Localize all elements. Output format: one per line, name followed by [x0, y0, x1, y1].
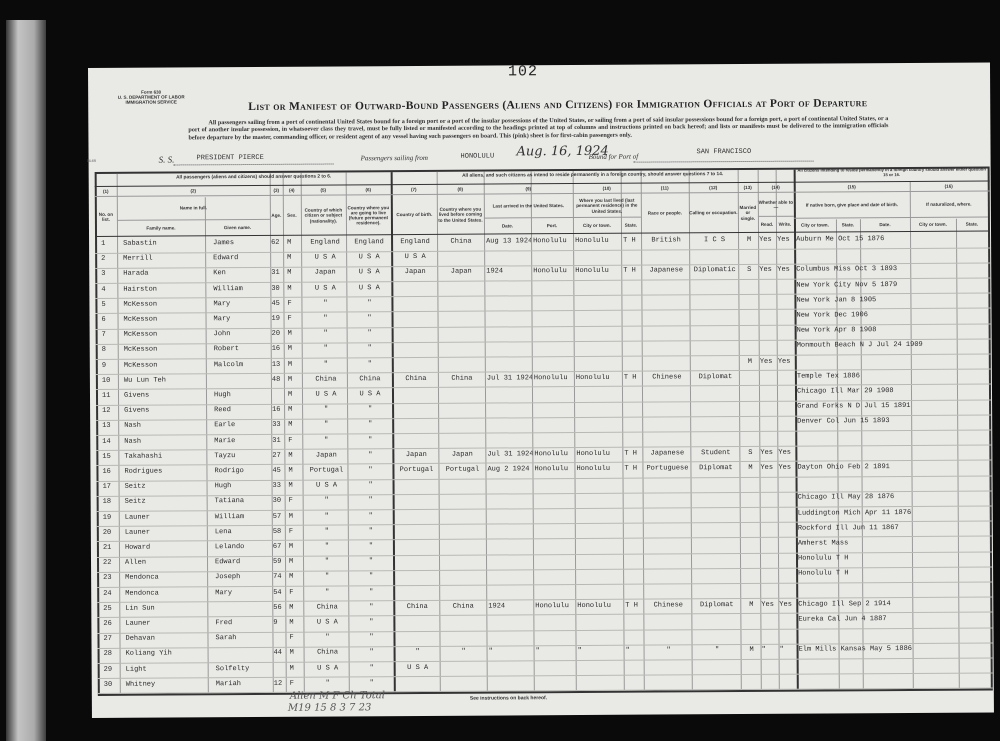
row-number: 15 [102, 453, 116, 461]
native-born-place-date: New York Apr 8 1908 [797, 326, 987, 335]
sex: M [289, 604, 301, 612]
header-arrival-date: Date. [484, 219, 531, 233]
row-number: 3 [101, 270, 115, 278]
bound-for-port: SAN FRANCISCO [697, 148, 752, 156]
given-name: Edward [213, 254, 269, 262]
native-born-place-date: Luddington Mich Apr 11 1876 [798, 508, 988, 517]
ship-name: PRESIDENT PIERCE [197, 154, 264, 162]
country-lived-before: China [439, 238, 483, 246]
instructions-paragraph: All passengers sailing from a port of co… [188, 115, 888, 141]
calling: " [694, 646, 741, 654]
row-number: 21 [103, 544, 117, 552]
voyage-info: 14-68 S. S. PRESIDENT PIERCE Passengers … [89, 150, 989, 167]
native-born-place-date: Dayton Ohio Feb 2 1891 [797, 463, 987, 472]
country-lived-before: " [442, 648, 486, 656]
row-number: 23 [103, 574, 117, 582]
nationality: " [306, 360, 346, 368]
married: M [741, 358, 759, 366]
sex: M [289, 619, 301, 627]
row-number: 14 [102, 437, 116, 445]
form-code: 14-68 [87, 158, 96, 163]
age: 54 [273, 588, 285, 596]
arrival-date: Jul 31 1924 [487, 450, 532, 458]
row-number: 18 [103, 498, 117, 506]
age: 45 [271, 300, 283, 308]
race: Chinese [644, 373, 690, 381]
native-born-place-date: Denver Col Jun 15 1893 [797, 417, 987, 426]
handwritten-tally-line2: M19 15 8 3 7 23 [288, 702, 371, 714]
country-of-birth: China [395, 375, 437, 383]
country-of-birth: Portugal [395, 466, 437, 474]
sex: M [288, 345, 300, 353]
married: S [741, 449, 759, 457]
given-name: John [214, 330, 270, 338]
given-name: Rodrigo [214, 467, 270, 475]
going-to-live: " [351, 603, 391, 611]
going-to-live: " [352, 664, 392, 672]
race: British [643, 236, 689, 244]
sex: F [289, 497, 301, 505]
last-lived-state: T H [623, 267, 641, 275]
header-write: Write. [776, 218, 794, 232]
native-born-place-date: Chicago Ill Sep 2 1914 [798, 599, 988, 608]
family-name: Nash [124, 422, 204, 430]
age: 44 [274, 649, 286, 657]
country-of-birth: England [394, 238, 436, 246]
nationality: Portugal [306, 466, 346, 474]
arrival-date: 1924 [486, 268, 531, 276]
last-lived-city: Honolulu [576, 465, 622, 473]
sex: M [288, 360, 300, 368]
given-name: Mary [215, 588, 271, 596]
race: Chinese [645, 601, 691, 609]
family-name: Mendonca [125, 589, 205, 597]
age: 58 [273, 528, 285, 536]
write: Yes [777, 236, 794, 244]
sex: M [289, 512, 301, 520]
header-given-name: Given name. [205, 221, 270, 235]
age: 33 [273, 482, 285, 490]
age: 16 [272, 406, 284, 414]
write: Yes [778, 357, 795, 365]
nationality: U S A [306, 390, 346, 398]
last-lived-city: Honolulu [577, 602, 623, 610]
row-number: 10 [102, 377, 116, 385]
group-heading-3: All citizens intending to reside permane… [795, 167, 989, 178]
race: Japanese [644, 449, 690, 457]
sex: M [289, 573, 301, 581]
last-lived-state: T H [624, 373, 642, 381]
native-born-place-date [798, 630, 988, 631]
sex: F [287, 300, 299, 308]
given-name: Tayzu [214, 452, 270, 460]
married: M [742, 601, 760, 609]
family-name: Launer [125, 528, 205, 536]
family-name: Nash [124, 437, 204, 445]
header-arrival-port: Port. [531, 219, 573, 233]
nationality: " [306, 314, 346, 322]
sex: M [289, 558, 301, 566]
last-lived-city: Honolulu [576, 374, 622, 382]
header-able-to: Whether able to— [758, 194, 794, 216]
row-number: 24 [103, 589, 117, 597]
family-name: Lin Sun [125, 604, 205, 612]
last-lived-city: Honolulu [575, 267, 621, 275]
row-number: 1 [101, 240, 115, 248]
given-name: Mariah [216, 680, 272, 688]
married: M [741, 464, 759, 472]
arrival-port: Honolulu [534, 374, 574, 382]
header-married: Married or single. [738, 194, 758, 232]
manifest-page: 102 Form 630 U. S. DEPARTMENT OF LABOR I… [88, 62, 994, 717]
native-born-place-date: New York Dec 1906 [797, 311, 987, 320]
sex: M [288, 421, 300, 429]
native-born-place-date [797, 432, 987, 433]
header-calling: Calling or occupation. [689, 194, 738, 232]
header-last-lived: Where you last lived (last permanent res… [573, 195, 641, 217]
age: 67 [273, 543, 285, 551]
family-name: Seitz [125, 498, 205, 506]
family-name: McKesson [124, 346, 204, 354]
nationality: China [308, 649, 348, 657]
country-lived-before: China [441, 602, 485, 610]
age: 19 [272, 315, 284, 323]
family-name: Light [126, 665, 206, 673]
header-native-born: If native born, give place and date of b… [794, 193, 910, 218]
row-number: 6 [102, 316, 116, 324]
last-lived-state: " [626, 647, 644, 655]
row-number: 19 [103, 513, 117, 521]
row-number: 2 [101, 255, 115, 263]
last-lived-state: T H [624, 449, 642, 457]
going-to-live: U S A [350, 390, 390, 398]
nationality: " [306, 406, 346, 414]
header-country-of-birth: Country of birth. [393, 196, 436, 234]
race: Portuguese [644, 464, 690, 472]
native-born-place-date: Grand Forks N D Jul 15 1891 [797, 402, 987, 411]
sex: M [288, 467, 300, 475]
going-to-live: " [351, 588, 391, 596]
nationality: England [305, 238, 345, 246]
family-name: Mendonca [125, 574, 205, 582]
going-to-live: " [351, 542, 391, 550]
age: 9 [273, 619, 285, 627]
read: Yes [760, 464, 777, 472]
family-name: Launer [125, 619, 205, 627]
arrival-port: Honolulu [534, 450, 574, 458]
going-to-live: " [350, 329, 390, 337]
nationality: " [306, 421, 346, 429]
family-name: Dehavan [125, 634, 205, 642]
row-number: 20 [103, 529, 117, 537]
write: " [780, 646, 797, 654]
going-to-live: " [351, 481, 391, 489]
sex: F [288, 315, 300, 323]
sex: M [290, 649, 302, 657]
given-name: Earle [214, 421, 270, 429]
arrival-date: 1924 [488, 602, 533, 610]
row-number: 28 [104, 650, 118, 658]
sex: M [287, 284, 299, 292]
given-name: Robert [214, 345, 270, 353]
header-nationality: Country of which citizen or subject (nat… [302, 196, 345, 234]
bound-for-line [634, 161, 814, 163]
country-of-birth: " [397, 648, 439, 656]
going-to-live: " [351, 573, 391, 581]
going-to-live: " [352, 679, 392, 687]
write: Yes [778, 448, 795, 456]
row-number: 25 [103, 605, 117, 613]
going-to-live: " [350, 466, 390, 474]
row-number: 7 [102, 331, 116, 339]
row-number: 30 [104, 681, 118, 689]
family-name: Sabastin [123, 239, 203, 247]
nationality: " [305, 299, 345, 307]
age: 48 [272, 376, 284, 384]
family-name: Givens [124, 406, 204, 414]
age: 30 [273, 497, 285, 505]
race: " [646, 647, 692, 655]
last-lived-city: Honolulu [575, 237, 621, 245]
row-number: 12 [102, 407, 116, 415]
calling: Student [692, 449, 739, 457]
age: 20 [272, 330, 284, 338]
arrival-date: Aug 13 1924 [486, 237, 531, 245]
going-to-live: " [351, 512, 391, 520]
native-born-place-date: Honolulu T H [798, 569, 988, 578]
native-born-place-date: Chicago Ill Mar 29 1908 [797, 387, 987, 396]
given-name: Joseph [215, 573, 271, 581]
sex: M [287, 239, 299, 247]
country-lived-before: Japan [439, 268, 483, 276]
country-of-birth: U S A [397, 663, 439, 671]
nationality: " [306, 345, 346, 353]
given-name: Mary [214, 315, 270, 323]
given-name: Malcolm [214, 360, 270, 368]
age: 30 [271, 284, 283, 292]
family-name: Allen [125, 558, 205, 566]
native-born-place-date: New York Jan 8 1905 [796, 295, 986, 304]
nationality: " [308, 679, 348, 687]
native-born-place-date: Eureka Cal Jun 4 1887 [798, 615, 988, 624]
native-born-place-date: Temple Tex 1886 [797, 371, 987, 380]
going-to-live: " [350, 451, 390, 459]
nationality: " [307, 634, 347, 642]
manifest-title: List or Manifest of Outward-Bound Passen… [248, 97, 867, 113]
sex: M [288, 452, 300, 460]
native-born-place-date: Elm Mills Kansas May 5 1886 [799, 645, 989, 654]
country-lived-before: Japan [440, 450, 484, 458]
family-name: Whitney [126, 680, 206, 688]
row-number: 17 [103, 483, 117, 491]
age: 33 [272, 421, 284, 429]
write: Yes [777, 266, 794, 274]
going-to-live: England [349, 238, 389, 246]
family-name: McKesson [124, 330, 204, 338]
family-name: Givens [124, 391, 204, 399]
nationality: China [306, 375, 346, 383]
last-lived-city: Honolulu [576, 450, 622, 458]
going-to-live: China [350, 375, 390, 383]
read: Yes [761, 601, 778, 609]
sex: F [289, 634, 301, 642]
age: 56 [273, 604, 285, 612]
nationality: " [307, 527, 347, 535]
nationality: U S A [307, 618, 347, 626]
going-to-live: U S A [349, 284, 389, 292]
married: M [743, 646, 761, 654]
read: " [762, 646, 779, 654]
age: 31 [271, 269, 283, 277]
nationality: " [307, 542, 347, 550]
read: Yes [759, 266, 776, 274]
native-born-place-date: Auburn Me Oct 15 1876 [796, 235, 986, 244]
group-heading-2: All aliens, and such citizens as intend … [393, 172, 793, 179]
family-name: McKesson [124, 315, 204, 323]
nationality: " [306, 436, 346, 444]
age: 16 [272, 345, 284, 353]
given-name: Tatiana [215, 497, 271, 505]
row-number: 13 [102, 422, 116, 430]
going-to-live: " [350, 421, 390, 429]
nationality: U S A [308, 664, 348, 672]
header-naturalized: If naturalized, where. [910, 193, 988, 217]
arrival-port: Honolulu [534, 465, 574, 473]
handwritten-tally-line1: Alien M F Ch Total [290, 690, 385, 702]
header-city: City or town. [573, 219, 621, 233]
row-number: 4 [101, 285, 115, 293]
last-lived-state: T H [623, 237, 641, 245]
going-to-live: " [350, 436, 390, 444]
read: Yes [759, 236, 776, 244]
native-born-place-date: Columbus Miss Oct 3 1893 [796, 265, 986, 274]
family-name: Takahashi [124, 452, 204, 460]
calling: I C S [691, 236, 738, 244]
arrival-port: Honolulu [533, 237, 573, 245]
sex: M [287, 269, 299, 277]
header-state: State. [621, 219, 641, 233]
country-lived-before: China [440, 374, 484, 382]
given-name: Hugh [215, 482, 271, 490]
read: Yes [760, 449, 777, 457]
sex: F [289, 528, 301, 536]
header-sex: Sex. [283, 197, 301, 235]
header-age: Age. [270, 197, 283, 235]
given-name: James [213, 239, 269, 247]
given-name: Reed [214, 406, 270, 414]
nationality: " [307, 497, 347, 505]
native-born-place-date [798, 584, 988, 585]
header-no-on-list: No. on list. [95, 198, 117, 236]
footer-note: See instructions on back hereof. [470, 695, 547, 701]
header-race: Race or people. [641, 194, 689, 232]
group-heading-1: All passengers (aliens and citizens) sho… [117, 174, 391, 181]
header-going-to-live: Country where you are going to live (fut… [347, 196, 390, 234]
going-to-live: " [350, 405, 390, 413]
going-to-live: " [351, 497, 391, 505]
family-name: Launer [125, 513, 205, 521]
age: 12 [274, 680, 286, 688]
given-name: Sarah [215, 634, 271, 642]
given-name: William [215, 512, 271, 520]
going-to-live: " [351, 618, 391, 626]
row-number: 11 [102, 392, 116, 400]
arrival-port: Honolulu [535, 602, 575, 610]
going-to-live: " [352, 649, 392, 657]
age: 31 [272, 436, 284, 444]
ss-line [174, 164, 334, 166]
age: 45 [272, 467, 284, 475]
age: 59 [273, 558, 285, 566]
arrival-date: Jul 31 1924 [487, 374, 532, 382]
given-name: Solfelty [216, 664, 272, 672]
country-of-birth: China [396, 603, 438, 611]
header-country-lived-before: Country where you lived before coming to… [438, 196, 483, 234]
age: 27 [272, 452, 284, 460]
page-number: 102 [508, 63, 538, 80]
last-lived-city: " [578, 647, 624, 655]
sex: M [288, 376, 300, 384]
arrival-date: Aug 2 1924 [487, 465, 532, 473]
nationality: " [307, 512, 347, 520]
nationality: " [307, 588, 347, 596]
nationality: China [307, 603, 347, 611]
going-to-live: " [349, 299, 389, 307]
native-born-place-date [796, 250, 986, 251]
row-number: 16 [102, 468, 116, 476]
passenger-table: All passengers (aliens and citizens) sho… [95, 166, 993, 695]
age: 57 [273, 512, 285, 520]
family-name: Hairston [123, 285, 203, 293]
family-name: Seitz [125, 482, 205, 490]
row-number: 29 [104, 665, 118, 673]
native-born-place-date [799, 675, 989, 676]
sex: M [289, 482, 301, 490]
native-born-place-date [797, 447, 987, 448]
bound-for-label: Bound for Port of [589, 153, 639, 161]
race: Japanese [643, 267, 689, 275]
write: Yes [778, 464, 795, 472]
arrival-port: Honolulu [533, 267, 573, 275]
ss-label: S. S. [159, 154, 175, 164]
sex: M [288, 330, 300, 338]
department-header: Form 630 U. S. DEPARTMENT OF LABOR IMMIG… [106, 89, 196, 105]
row-number: 26 [103, 620, 117, 628]
sex: M [288, 391, 300, 399]
row-number: 22 [103, 559, 117, 567]
country-lived-before: Portugal [440, 466, 484, 474]
family-name: Howard [125, 543, 205, 551]
country-of-birth: Japan [395, 451, 437, 459]
row-number: 8 [102, 346, 116, 354]
family-name: Koliang Yih [126, 650, 206, 658]
given-name: Hugh [214, 391, 270, 399]
nationality: " [306, 330, 346, 338]
country-of-birth: U S A [394, 253, 436, 261]
calling: Diplomat [692, 464, 739, 472]
calling: Diplomat [692, 373, 739, 381]
read: Yes [760, 357, 777, 365]
going-to-live: " [350, 314, 390, 322]
given-name: Ken [213, 269, 269, 277]
native-born-place-date: Monmouth Beach N J Jul 24 1909 [797, 341, 987, 350]
nationality: " [307, 573, 347, 581]
row-number: 27 [103, 635, 117, 643]
family-name: Rodrigues [124, 467, 204, 475]
row-number: 9 [102, 361, 116, 369]
given-name: Marie [214, 436, 270, 444]
sex: M [287, 254, 299, 262]
